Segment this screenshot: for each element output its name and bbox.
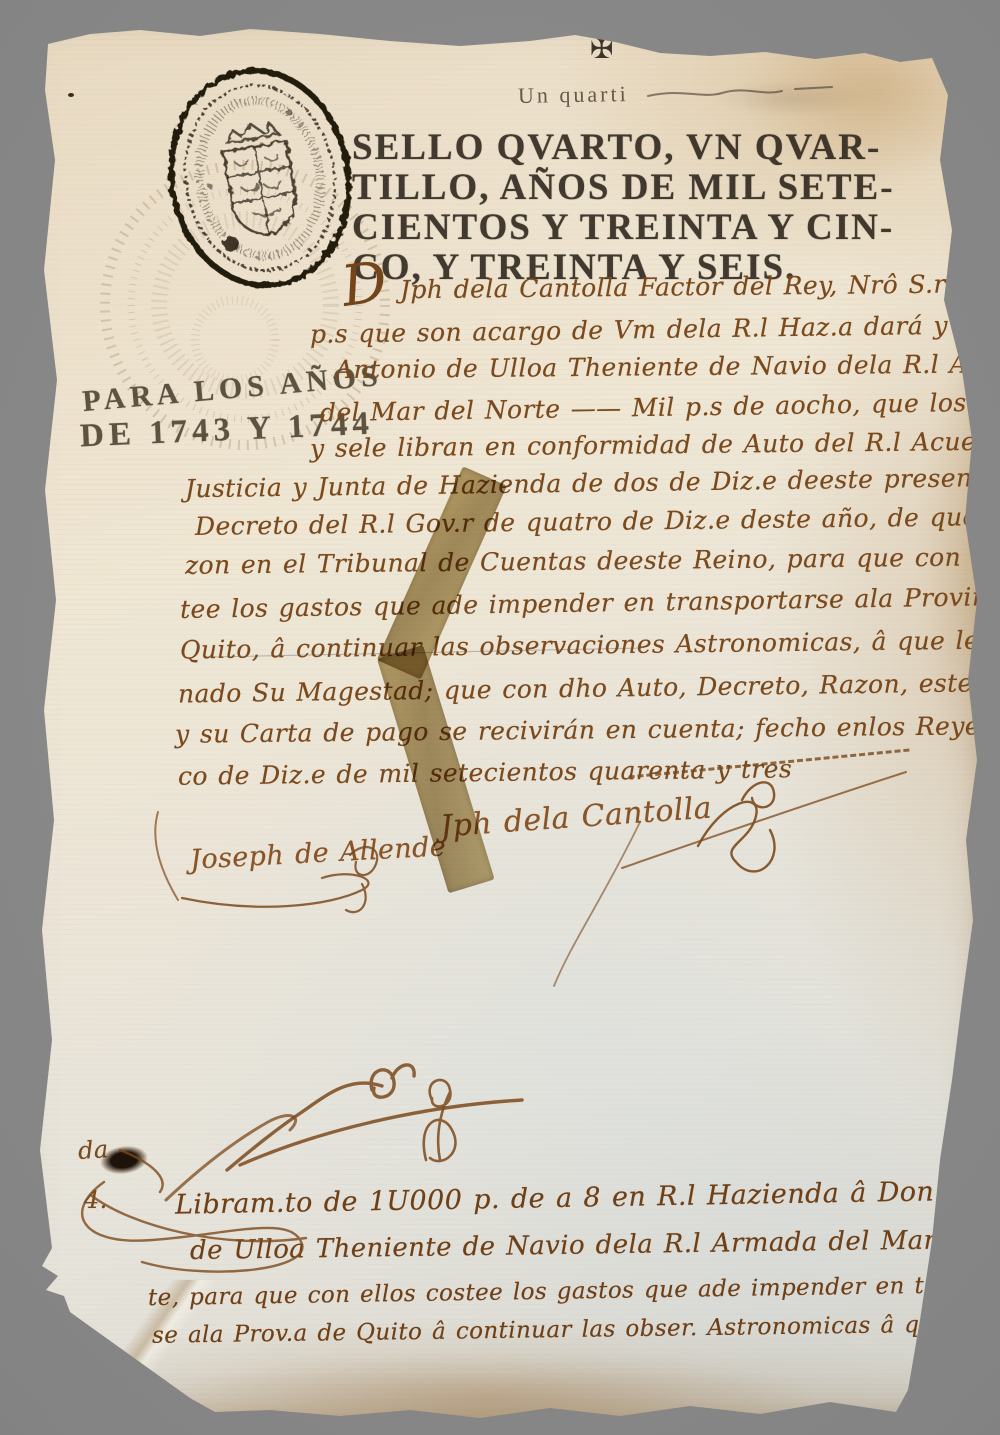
ghost-writing-blur (690, 78, 890, 118)
body-line: y sele libran en conformidad de Auto del… (310, 426, 1000, 463)
signature-left-tail (155, 812, 178, 900)
body-line: Decreto del R.l Gov.r de quatro de Diz.e… (195, 500, 1000, 541)
body-line: co de Diz.e de mil setecientos quarenta … (178, 754, 792, 791)
body-line: nado Su Magestad; que con dho Auto, Decr… (178, 667, 1000, 709)
docket-line: se ala Prov.a de Quito â continuar las o… (152, 1309, 1000, 1349)
margin-note-da: da (77, 1135, 109, 1165)
docket-line: de Ulloa Theniente de Navio dela R.l Arm… (190, 1224, 1000, 1266)
signature-left: Joseph de Allende (189, 831, 446, 875)
body-line: del Mar del Norte —— Mil p.s de aocho, q… (320, 386, 1000, 427)
body-line: Jph dela Cantolla Factor del Rey, Nrô S.… (400, 269, 1000, 305)
quarter-inscription: Un quarti (518, 81, 629, 109)
quarter-note-squiggle (648, 87, 832, 96)
printed-line: TILLO, AÑOS DE MIL SETE- (352, 168, 895, 208)
body-line: p.s que son acargo de Vm dela R.l Haz.a … (310, 308, 1000, 348)
quill-rubric-left (227, 1065, 522, 1170)
printed-line: CIENTOS Y TREINTA Y CIN- (352, 208, 895, 248)
fly-speck (68, 93, 74, 97)
body-line: Antonio de Ulloa Theniente de Navio dela… (335, 349, 1000, 384)
signature-right-descender (554, 822, 640, 986)
printed-line: SELLO QVARTO, VN QVAR- (352, 128, 895, 168)
dropcap-initial: D (338, 249, 392, 320)
body-line: Quito, â continuar las observaciones Ast… (180, 625, 1000, 665)
body-line: y su Carta de pago se recivirán en cuent… (175, 710, 1000, 749)
sello-printed-heading: SELLO QVARTO, VN QVAR- TILLO, AÑOS DE MI… (352, 128, 895, 288)
margin-note-num: 4. (84, 1186, 108, 1214)
body-line: Justicia y Junta de Hazienda de dos de D… (185, 462, 1000, 504)
body-line: tee los gastos que ade impender en trans… (180, 581, 1000, 624)
photo-backdrop: ✠ Un quarti SELLO QVARTO, VN QVAR- TILLO… (0, 0, 1000, 1435)
docket-line: Libram.to de 1U000 p. de a 8 en R.l Hazi… (175, 1174, 1000, 1220)
body-line: zon en el Tribunal de Cuentas deeste Rei… (185, 541, 1000, 579)
quill-rubric-right (424, 1080, 456, 1161)
royal-seal-stamp (150, 58, 370, 303)
maltese-cross-icon: ✠ (590, 32, 613, 65)
manuscript-page: ✠ Un quarti SELLO QVARTO, VN QVAR- TILLO… (0, 0, 1000, 1435)
docket-line: te, para que con ellos costee los gastos… (148, 1271, 1000, 1311)
